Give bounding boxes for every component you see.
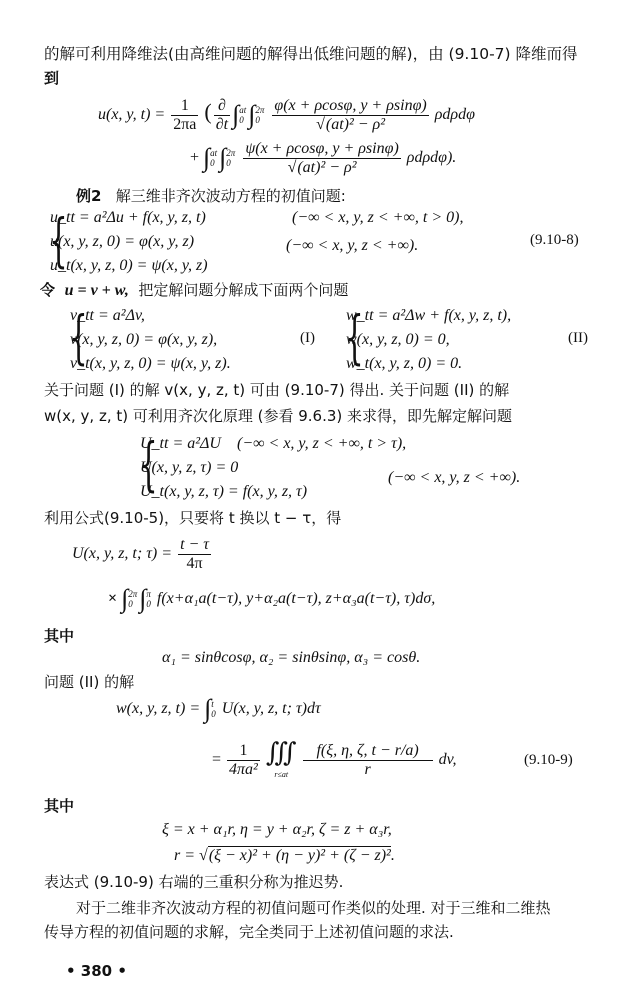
- example-2-heading: 例2 解三维非齐次波动方程的初值问题:: [76, 186, 346, 206]
- where-label-1: 其中: [44, 626, 74, 646]
- u-solution-line-1: U(x, y, z, t; τ) = t − τ 4π: [72, 536, 213, 572]
- paragraph-intro-line-1: 的解可利用降维法(由高维问题的解得出低维问题的解)，由 (9.10-7) 降维而…: [44, 44, 578, 64]
- u-system-line-3: U_t(x, y, z, τ) = f(x, y, z, τ): [140, 482, 307, 502]
- eq-9-10-8-line-1: u_tt = a²Δu + f(x, y, z, t): [50, 208, 206, 228]
- equation-u2d-line1: u(x, y, t) = 1 2πa (∂∂t∫at0∫2π0 φ(x + ρc…: [98, 92, 475, 132]
- problem-2-line-1: w_tt = a²Δw + f(x, y, z, t),: [346, 306, 511, 326]
- w-integral: w(x, y, z, t) = ∫t0 U(x, y, z, t; τ)dτ: [116, 694, 321, 724]
- r-definition: r = √(ξ − x)² + (η − y)² + (ζ − z)².: [174, 846, 395, 866]
- use-formula-line: 利用公式(9.10-5)，只要将 t 换以 t − τ，得: [44, 508, 341, 528]
- about-problems-line-2: w(x, y, z, t) 可利用齐次化原理 (参看 9.6.3) 来求得，即先…: [44, 406, 512, 426]
- equation-9-10-9: = 1 4πa² ∭ r≤at f(ξ, η, ζ, t − r/a) r dv…: [212, 732, 457, 788]
- eq-9-10-8-cond-2: (−∞ < x, y, z < +∞).: [286, 236, 418, 256]
- problem-2-line-3: w_t(x, y, z, 0) = 0.: [346, 354, 462, 374]
- eq-9-10-8-line-2: u(x, y, z, 0) = φ(x, y, z): [50, 232, 194, 252]
- xi-eta-zeta-definitions: ξ = x + α₁r, η = y + α₂r, ζ = z + α₃r,: [162, 820, 392, 840]
- equation-number-9-10-9: (9.10-9): [524, 752, 573, 769]
- problem-2-solution-label: 问题 (II) 的解: [44, 672, 134, 692]
- intro-text: 的解可利用降维法(由高维问题的解得出低维问题的解)，由 (9.10-7) 降维而…: [44, 45, 578, 63]
- problem-1-line-2: v(x, y, z, 0) = φ(x, y, z),: [70, 330, 217, 350]
- problem-1-line-1: v_tt = a²Δv,: [70, 306, 145, 326]
- coef-fraction: 1 2πa: [171, 97, 198, 134]
- problem-1-label: (I): [300, 330, 315, 347]
- eq-9-10-8-cond-1: (−∞ < x, y, z < +∞, t > 0),: [292, 208, 463, 228]
- problem-1-line-3: v_t(x, y, z, 0) = ψ(x, y, z).: [70, 354, 231, 374]
- alpha-definitions: α₁ = sinθcosφ, α₂ = sinθsinφ, α₃ = cosθ.: [162, 648, 420, 668]
- equation-number-9-10-8: (9.10-8): [530, 232, 579, 249]
- u-system-cond-2: (−∞ < x, y, z < +∞).: [388, 468, 520, 488]
- term2-fraction: ψ(x + ρcosφ, y + ρsinφ) √(at)² − ρ²: [243, 140, 400, 177]
- u-system-line-1: U_tt = a²ΔU (−∞ < x, y, z < +∞, t > τ),: [140, 434, 406, 454]
- eq-9-10-8-line-3: u_t(x, y, z, 0) = ψ(x, y, z): [50, 256, 208, 276]
- retarded-potential-line: 表达式 (9.10-9) 右端的三重积分称为推迟势.: [44, 872, 343, 892]
- decomposition-line: 令 u = v + w, 把定解问题分解成下面两个问题: [40, 280, 348, 301]
- u-solution-line-2: × ∫2π0∫π0 f(x+α₁a(t−τ), y+α₂a(t−τ), z+α₃…: [108, 582, 435, 616]
- problem-2-line-2: w(x, y, z, 0) = 0,: [346, 330, 450, 350]
- problem-2-label: (II): [568, 330, 588, 347]
- final-paragraph-line-1: 对于二维非齐次波动方程的初值问题可作类似的处理. 对于三维和二维热: [76, 898, 551, 918]
- where-label-2: 其中: [44, 796, 74, 816]
- term1-fraction: φ(x + ρcosφ, y + ρsinφ) √(at)² − ρ²: [272, 97, 428, 134]
- page-number: • 380 •: [66, 962, 127, 980]
- u-system-line-2: U(x, y, z, τ) = 0: [140, 458, 238, 478]
- about-problems-line-1: 关于问题 (I) 的解 v(x, y, z, t) 可由 (9.10-7) 得出…: [44, 380, 509, 400]
- final-paragraph-line-2: 传导方程的初值问题的求解，完全类同于上述初值问题的求法.: [44, 922, 454, 942]
- equation-u2d-line2: + ∫at0∫2π0 ψ(x + ρcosφ, y + ρsinφ) √(at)…: [190, 138, 456, 178]
- paragraph-intro-line-2: 到: [44, 68, 59, 88]
